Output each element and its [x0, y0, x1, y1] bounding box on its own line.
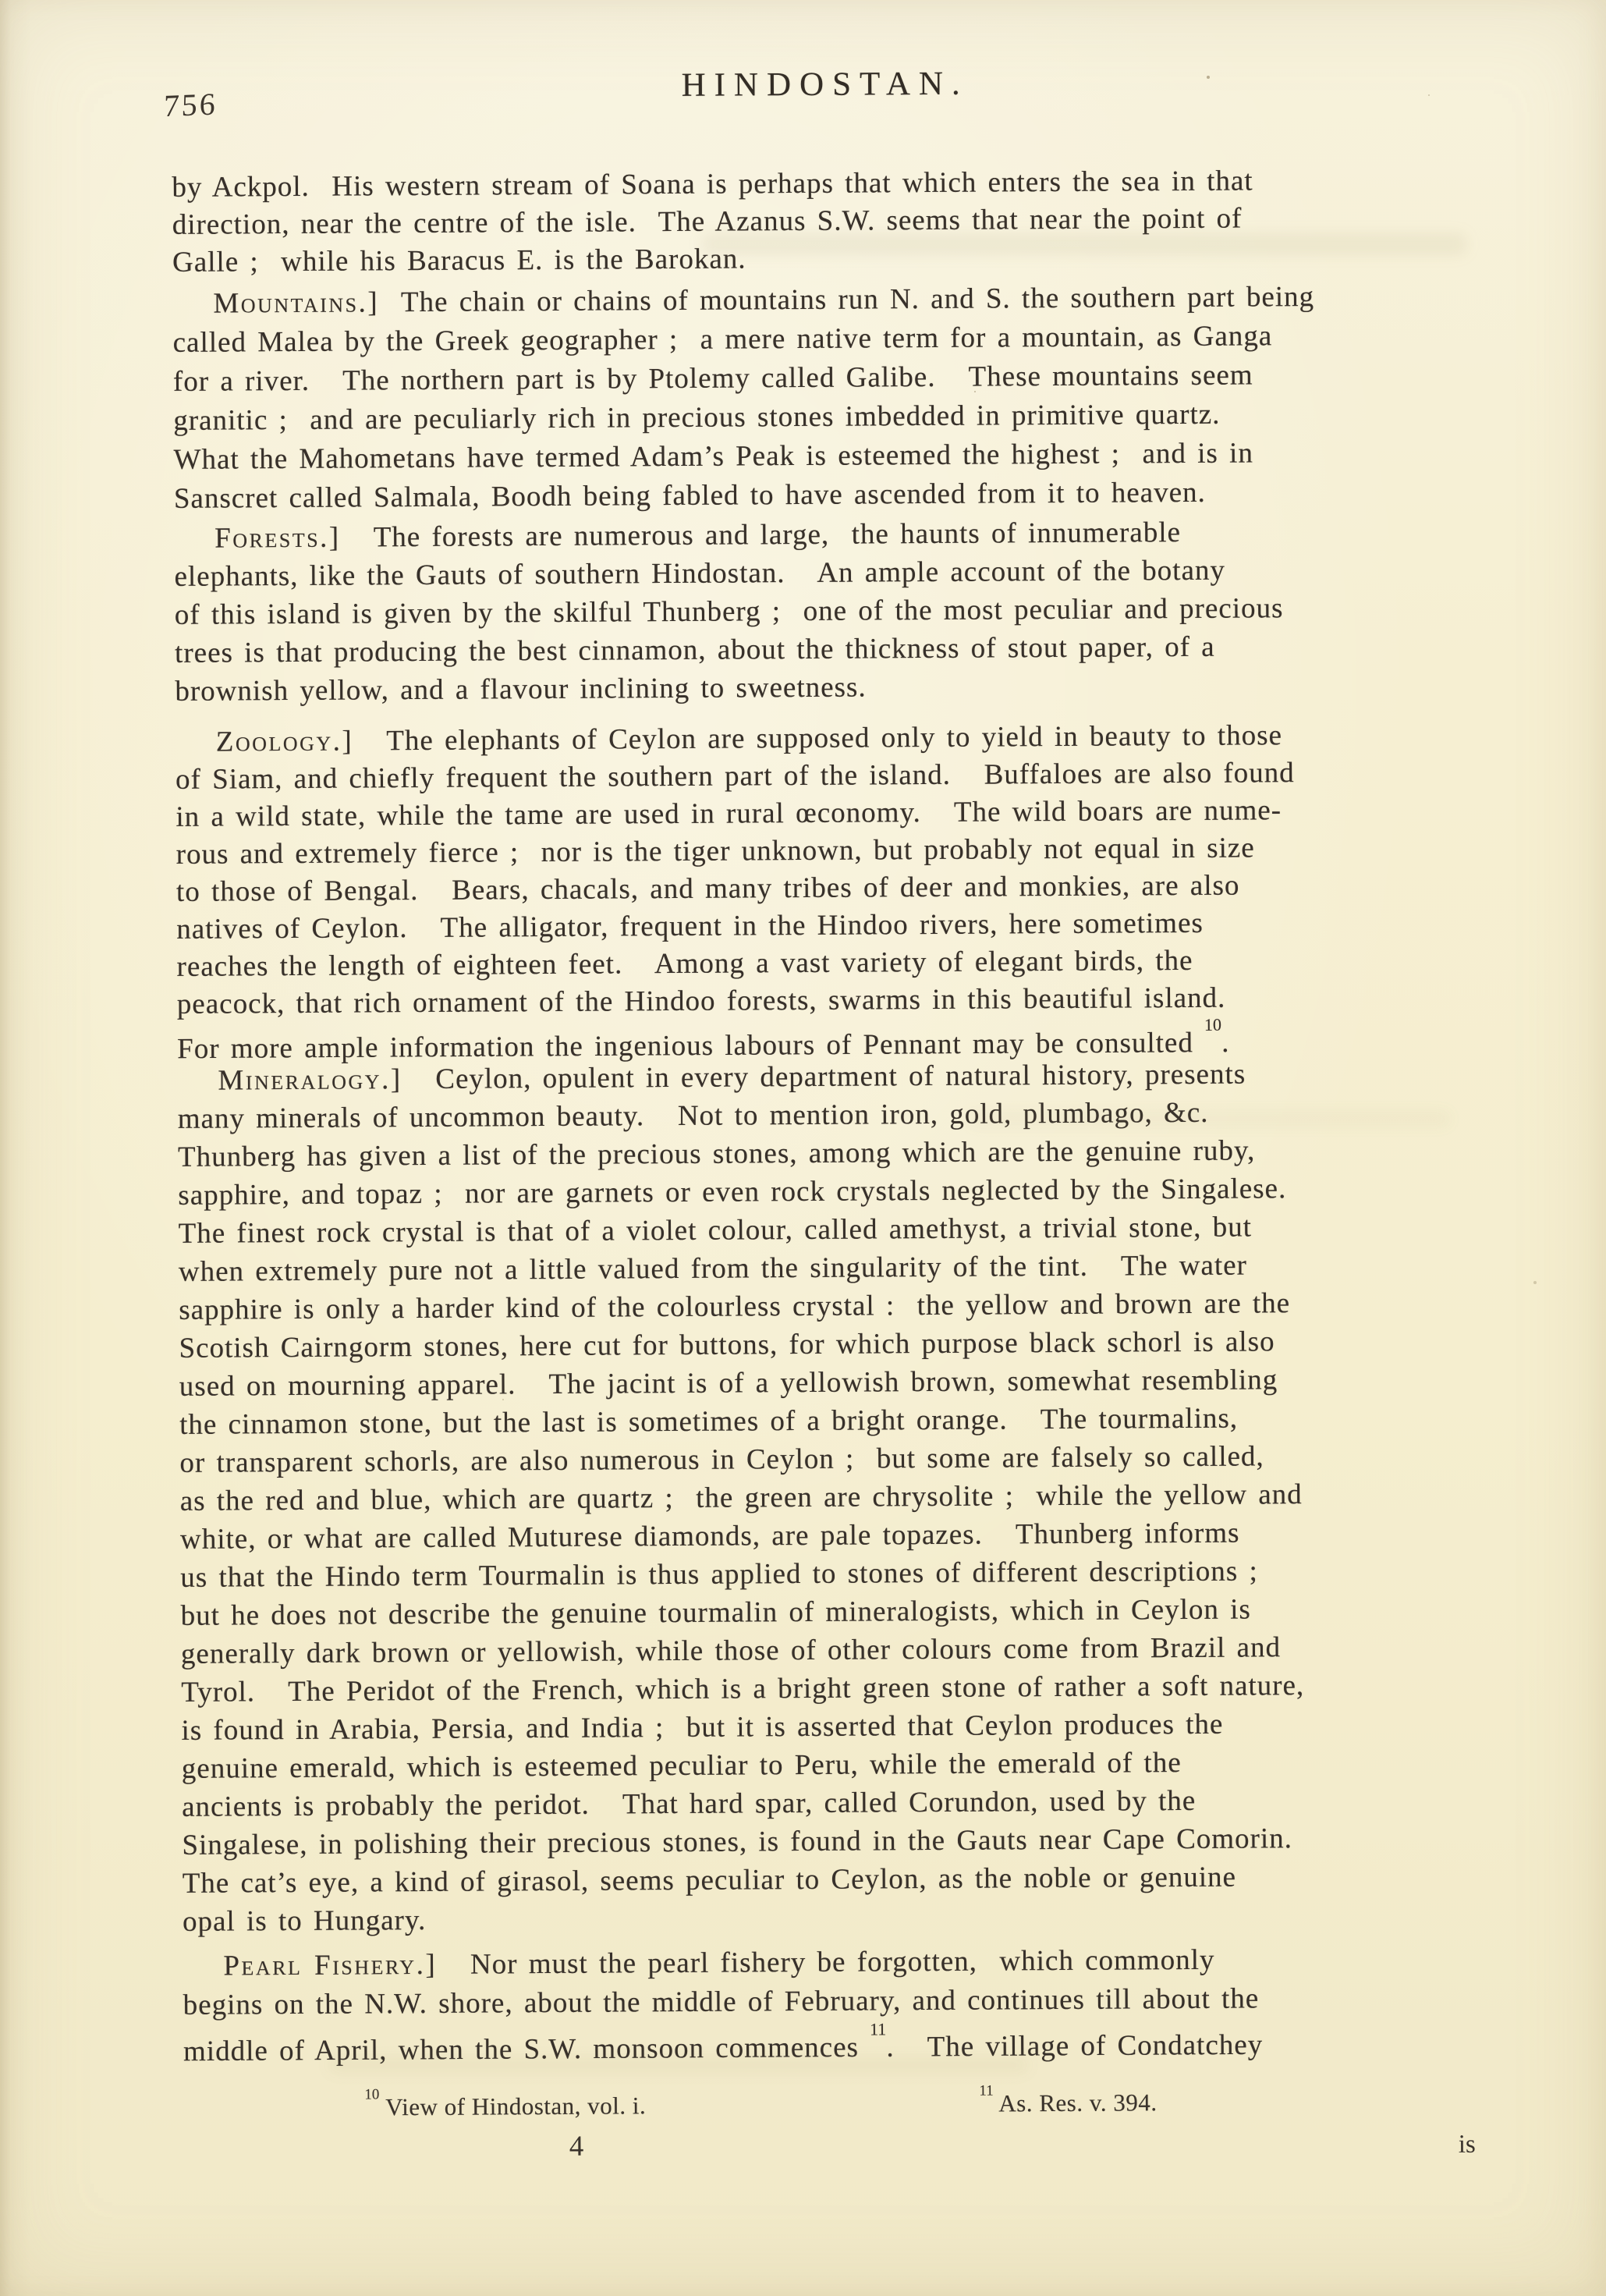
- page-number: 756: [163, 85, 218, 124]
- section-heading-zoology: Zoology.]: [216, 726, 354, 758]
- paragraph-text: The forests are numerous and large, the …: [174, 516, 1283, 708]
- paragraph-mineralogy: Mineralogy.] Ceylon, opulent in every de…: [177, 1054, 1494, 1941]
- footnote-marker-11: 11: [979, 2082, 993, 2099]
- footnote-asiatic-researches: 11 As. Res. v. 394.: [979, 2088, 1157, 2117]
- section-heading-mineralogy: Mineralogy.]: [218, 1063, 402, 1096]
- paragraph-zoology: Zoology.] The elephants of Ceylon are su…: [175, 716, 1490, 1069]
- paragraph-text: The elephants of Ceylon are supposed onl…: [175, 719, 1295, 1065]
- footnote-view-of-hindostan: 10 View of Hindostan, vol. i.: [364, 2092, 646, 2121]
- signature-mark: 4: [569, 2130, 584, 2163]
- footnote-text: As. Res. v. 394.: [994, 2088, 1158, 2117]
- paragraph-pearl-fishery: Pearl Fishery.] Nor must the pearl fishe…: [183, 1939, 1495, 2072]
- paragraph-text: .: [1221, 1027, 1230, 1059]
- footnote-reference-10: 10: [1204, 1015, 1221, 1034]
- footnote-reference-11: 11: [870, 2019, 886, 2039]
- section-heading-mountains: Mountains.]: [213, 286, 379, 319]
- paragraph-mountains: Mountains.] The chain or chains of mount…: [172, 277, 1486, 519]
- section-heading-forests: Forests.]: [214, 522, 341, 555]
- section-heading-pearl-fishery: Pearl Fishery.]: [223, 1949, 437, 1982]
- footnote-marker-10: 10: [364, 2086, 379, 2103]
- paragraph-text: . The village of Condatchey: [886, 2029, 1263, 2064]
- page-content: 756 HINDOSTAN. by Ackpol. His western st…: [0, 0, 1606, 2296]
- running-header: HINDOSTAN.: [681, 65, 968, 105]
- paragraph-forests: Forests.] The forests are numerous and l…: [174, 512, 1487, 711]
- paper-speck: [0, 0, 3, 3]
- paragraph-rivers-continuation: by Ackpol. His western stream of Soana i…: [172, 161, 1484, 282]
- footnote-text: View of Hindostan, vol. i.: [379, 2092, 646, 2120]
- paragraph-text: by Ackpol. His western stream of Soana i…: [172, 165, 1253, 278]
- paragraph-text: Ceylon, opulent in every department of n…: [178, 1059, 1305, 1938]
- catchword: is: [1459, 2131, 1476, 2159]
- scanned-page: 756 HINDOSTAN. by Ackpol. His western st…: [0, 0, 1606, 2296]
